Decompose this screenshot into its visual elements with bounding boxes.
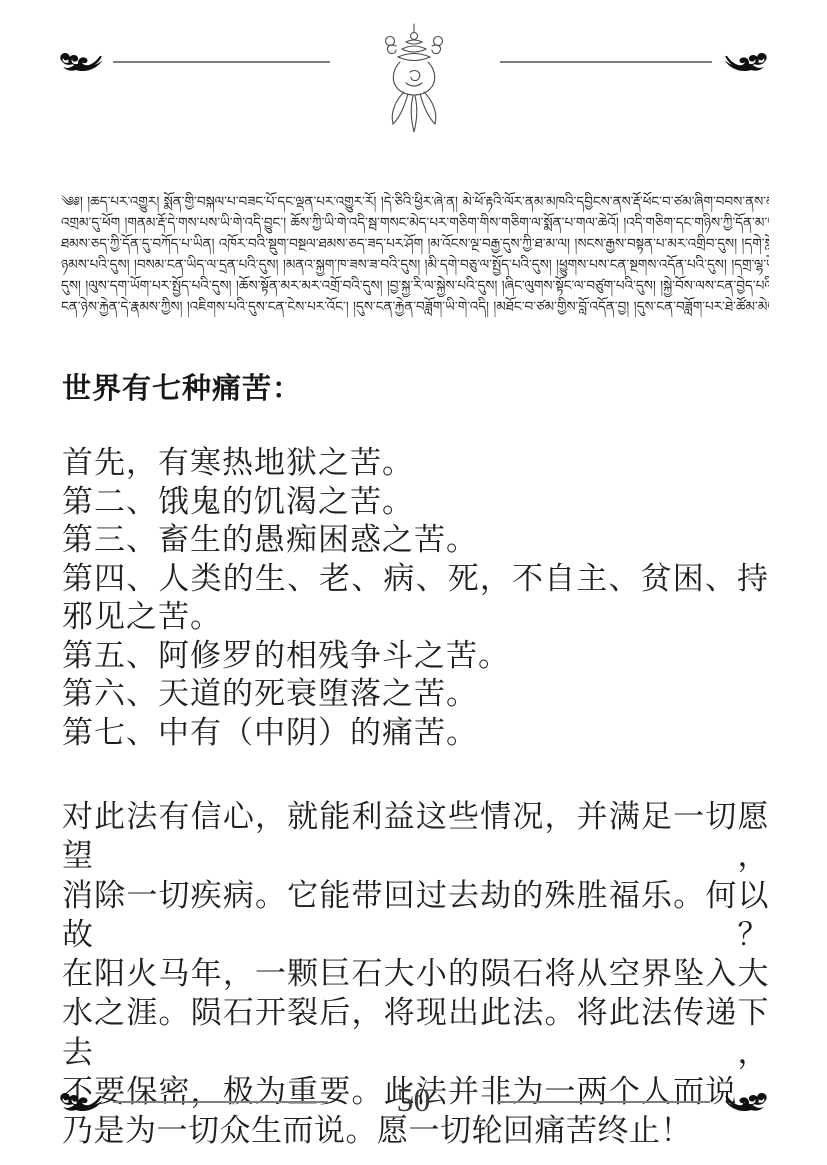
header-left-flourish-icon (58, 46, 116, 76)
paragraph-line: 水之涯。陨石开裂后，将现出此法。将此法传递下去， (62, 993, 769, 1072)
tibetan-line: ༄༅། །ཆད་པར་འགྱུར། སྨོན་གྱི་བསྐལ་པ་བཟང་པོ… (61, 192, 769, 213)
list-item: 第六、天道的死衰堕落之苦。 (62, 675, 769, 714)
tibetan-text-block: ༄༅། །ཆད་པར་འགྱུར། སྨོན་གྱི་བསྐལ་པ་བཟང་པོ… (61, 192, 769, 318)
list-item: 第四、人类的生、老、病、死，不自主、贫困、持邪见之苦。 (62, 560, 769, 637)
header-rule-left (113, 61, 330, 63)
footer-right-flourish-icon (711, 1086, 769, 1116)
tibetan-line: ཉམས་པའི་དུས། །བསམ་ངན་ཡིད་ལ་དྲན་པའི་དུས། … (61, 255, 769, 276)
list-item: 第五、阿修罗的相残争斗之苦。 (62, 637, 769, 676)
paragraph-line: 对此法有信心，就能利益这些情况，并满足一切愿望， (62, 797, 769, 876)
footer-rule-right (497, 1101, 710, 1103)
tibetan-line: འགྲམ་དུ་ཕོག །གནམ་རྡོ་དེ་གས་པས་ཡི་གེ་འདི་… (61, 213, 769, 234)
tibetan-line: ཐམས་ཅད་ཀྱི་དོན་དུ་བཀོད་པ་ཡིན། འཁོར་བའི་ས… (61, 234, 769, 255)
list-item: 首先，有寒热地狱之苦。 (62, 444, 769, 483)
header-rule-right (500, 61, 712, 63)
tibetan-line: དུས། །ལུས་དག་ཡོག་པར་སྤྱོད་པའི་དུས། །ཆོས་… (61, 276, 769, 297)
tibetan-line: ངན་ཉེས་རྐྱེན་དེ་རྣམས་ཀྱིས། །འཇིགས་པའི་དུ… (61, 297, 769, 318)
book-page: ༄༅། །ཆད་པར་འགྱུར། སྨོན་གྱི་བསྐལ་པ་བཟང་པོ… (0, 0, 827, 1165)
list-item: 第二、饿鬼的饥渴之苦。 (62, 483, 769, 522)
header-right-flourish-icon (711, 46, 769, 76)
list-item: 第七、中有（中阴）的痛苦。 (62, 714, 769, 753)
paragraph-line: 在阳火马年，一颗巨石大小的陨石将从空界坠入大 (62, 954, 769, 993)
treasure-vase-emblem-icon (376, 20, 452, 140)
suffering-list: 首先，有寒热地狱之苦。 第二、饿鬼的饥渴之苦。 第三、畜生的愚痴困惑之苦。 第四… (62, 444, 769, 752)
list-item: 第三、畜生的愚痴困惑之苦。 (62, 521, 769, 560)
paragraph-line: 消除一切疾病。它能带回过去劫的殊胜福乐。何以故？ (62, 876, 769, 955)
section-heading: 世界有七种痛苦： (62, 366, 302, 407)
